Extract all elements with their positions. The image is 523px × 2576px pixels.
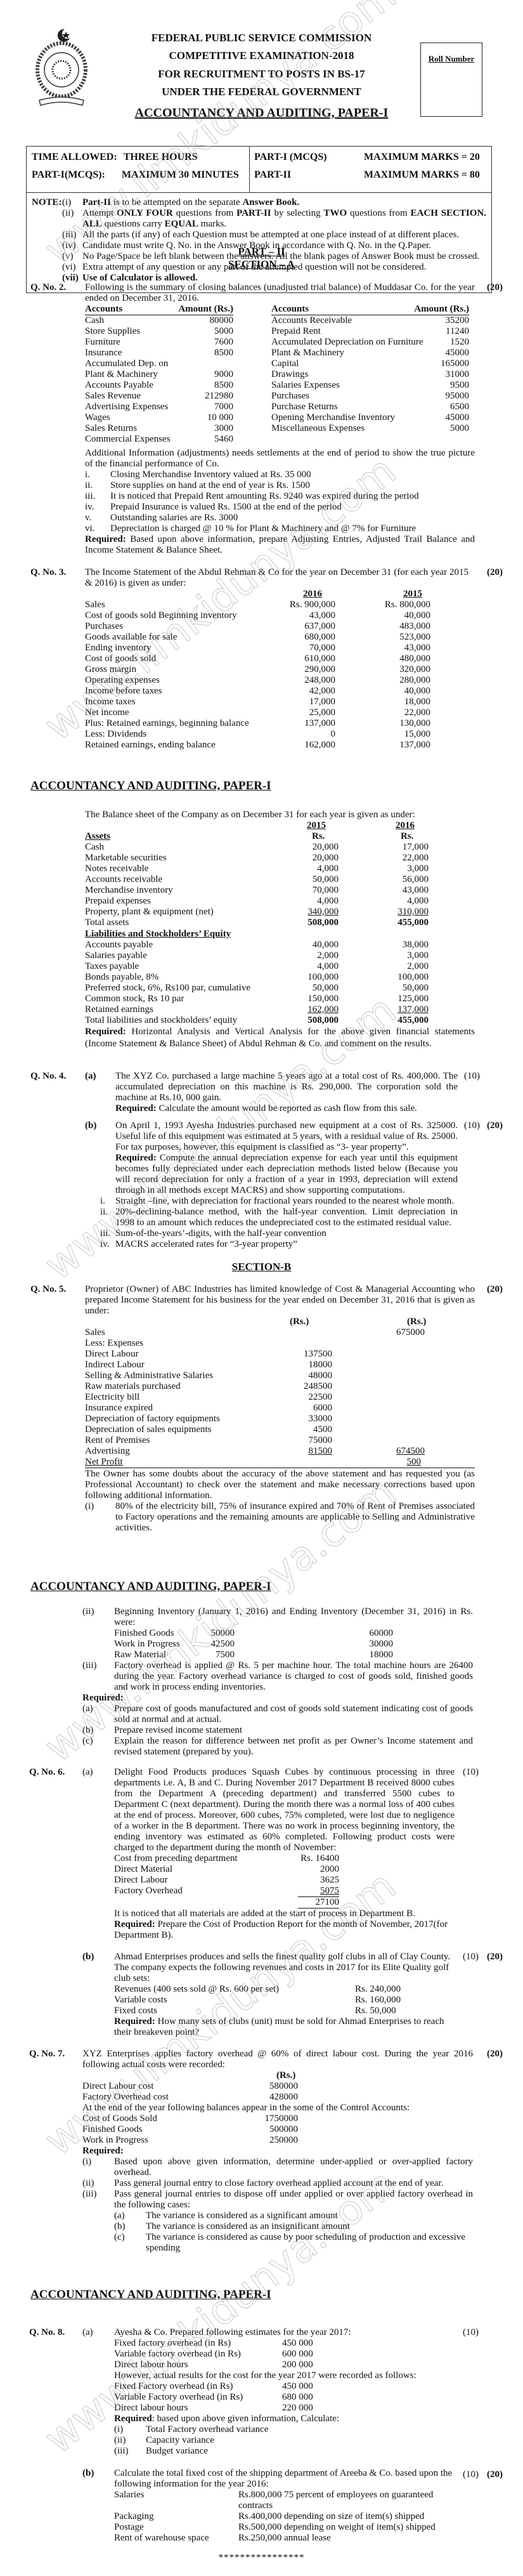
value-2015: 130,000	[335, 718, 430, 729]
table-row: Plus: Retained earnings, beginning balan…	[85, 718, 430, 729]
notes-list: (i)Part-II is to be attempted on the sep…	[62, 197, 486, 284]
col-header: Amount (Rs.)	[178, 304, 233, 315]
q6b-items: Revenues (400 sets sold @ Rs. 600 per se…	[114, 1984, 412, 2016]
required-label: Required	[114, 2414, 152, 2424]
table-row: Retained earnings162,000137,000	[85, 1004, 429, 1015]
balance-value: 500000	[241, 2124, 298, 2135]
required-label: Required:	[85, 534, 126, 544]
account-amount: 6500	[431, 402, 469, 412]
table-row: ii.20%-declining-balance method, with th…	[100, 1207, 458, 1228]
value-2015: 150,000	[275, 994, 339, 1004]
q5-marks: (20)	[487, 1284, 503, 1295]
account-name: Sales Returns	[85, 423, 195, 434]
item-value: 200 000	[282, 2360, 333, 2370]
q8a-items: (i)Total Factory overhead variance(ii)Ca…	[114, 2424, 368, 2457]
q5-required: (a)Prepare cost of goods manufactured an…	[82, 1704, 473, 1758]
col-header: Amount (Rs.)	[414, 304, 469, 315]
value-2015: 523,000	[335, 632, 430, 643]
q8b-marks: (10)	[463, 2469, 479, 2480]
table-row: Work in Progress4250030000	[114, 1639, 393, 1650]
q7-intro: XYZ Enterprises applies factory overhead…	[82, 2049, 473, 2070]
part-title: PART – II	[0, 246, 523, 257]
q8b-items: SalariesRs.800,000 75 percent of employe…	[114, 2490, 444, 2544]
q7-number: Q. No. 7.	[29, 2049, 65, 2060]
value-2016: 4,000	[339, 896, 429, 907]
item-num: iii.	[100, 1228, 115, 1239]
divider	[249, 147, 250, 192]
expense-value: 137500	[288, 1349, 332, 1360]
required-text: Based upon above information, prepare Ad…	[85, 534, 475, 555]
table-row: Fixed costsRs. 50,000	[114, 2006, 412, 2016]
q6a-text: Delight Food Products produces Squash Cu…	[114, 1767, 455, 1853]
row-label: Prepaid expenses	[85, 896, 275, 907]
q2-required: Required: Based upon above information, …	[85, 534, 475, 556]
required-label: Required:	[85, 1027, 126, 1037]
value-2016: 455,000	[339, 917, 429, 928]
item-value: Rs. 240,000	[355, 1984, 412, 1995]
table-row: Furniture7600	[85, 337, 233, 348]
required-label: Required:	[115, 1103, 157, 1114]
value-2016: 455,000	[339, 1015, 429, 1026]
q4b-required: Required: Compute the annual depreciatio…	[115, 1153, 458, 1196]
row-label: Cost of goods sold Beginning inventory	[85, 610, 266, 621]
q4-methods: i.Straight –line, with depreciation for …	[100, 1196, 458, 1250]
table-row: Accumulated Depreciation on Furniture152…	[271, 337, 469, 348]
row-label: Ending inventory	[85, 643, 266, 654]
table-row: Accumulated Dep. on	[85, 358, 233, 369]
page-heading: ACCOUNTANCY AND AUDITING, PAPER-I	[30, 780, 271, 791]
q5-net-profit: 500	[380, 1457, 421, 1468]
item-label: Fixed costs	[114, 2006, 355, 2016]
item-text: The variance is considered as an insigni…	[146, 2221, 473, 2232]
value-2016: 22,000	[339, 853, 429, 864]
value-2016: Rs. 900,000	[266, 600, 335, 610]
q2-right-rows: Accounts Receivable35200Prepaid Rent1124…	[271, 315, 469, 434]
q8a-marks: (10)	[463, 2327, 479, 2338]
row-label: Operating expenses	[85, 675, 266, 686]
value-2016: 70,000	[266, 643, 335, 654]
row-label: Common stock, Rs 10 par	[85, 994, 275, 1004]
item-num: v.	[85, 513, 110, 523]
account-name: Accounts Receivable	[271, 315, 431, 326]
row-label: Salaries payable	[85, 950, 275, 961]
account-amount: 212980	[195, 391, 233, 402]
item-num: (b)	[82, 1725, 114, 1736]
expense-label: Rent of Premises	[85, 1435, 288, 1446]
value-2016: 637,000	[266, 621, 335, 632]
q7-balances: Cost of Goods Sold1750000Finished Goods5…	[82, 2113, 298, 2146]
table-row: Accounts Receivable35200	[271, 315, 469, 326]
q5-info-ii-num: (ii)	[82, 1607, 94, 1617]
table-row: Factory Overhead5075	[114, 1886, 339, 1896]
row-label: Total liabilities and stockholders’ equi…	[85, 1015, 275, 1026]
expense-value: 22500	[288, 1392, 332, 1403]
account-name: Furniture	[85, 337, 195, 348]
value-2016: 680,000	[266, 632, 335, 643]
table-row: Factory Overhead cost428000	[82, 2092, 298, 2103]
row-label: Income before taxes	[85, 686, 266, 697]
balance-label: Finished Goods	[82, 2124, 241, 2135]
item-num: (i)	[82, 2157, 114, 2178]
account-amount: 31000	[431, 369, 469, 380]
row-label: Income taxes	[85, 697, 266, 707]
item-text: Prepaid Insurance is valued Rs. 1500 at …	[110, 502, 475, 513]
value-2016: 310,000	[339, 907, 429, 917]
inventory-begin: 42500	[203, 1639, 235, 1650]
table-row: Miscellaneous Expenses5000	[271, 423, 469, 434]
q7-required: (i)Based upon above given information, d…	[82, 2157, 473, 2211]
row-label: Less: Dividends	[85, 729, 266, 740]
table-row: Notes receivable4,0003,000	[85, 864, 429, 874]
q4a-marks: (10)	[464, 1071, 480, 1082]
q3-liabilities: Accounts payable40,00038,000Salaries pay…	[85, 940, 429, 1026]
table-row: Fixed factory overhead (in Rs)450 000	[114, 2338, 333, 2349]
table-row: Selling & Administrative Salaries48000	[85, 1370, 332, 1381]
table-row: Variable factory overhead (in Rs)600 000	[114, 2349, 333, 2360]
q3-bs-col-2015: 2015	[307, 820, 326, 831]
item-label: Postage	[114, 2522, 238, 2533]
row-label: Goods available for sale	[85, 632, 266, 643]
q4-total-marks: (20)	[487, 1120, 503, 1131]
value-2015: Rs. 800,000	[335, 600, 430, 610]
item-value: Rs. 50,000	[355, 2006, 412, 2016]
value-2015: 137,000	[335, 740, 430, 751]
item-value: 450 000	[282, 2381, 333, 2392]
table-row: (iii)Pass general journal entries to dis…	[82, 2189, 473, 2211]
account-name: Plant & Machinery	[85, 369, 195, 380]
section-b-title: SECTION-B	[0, 1261, 523, 1272]
table-row: Advertising Expenses7000	[85, 402, 233, 412]
table-row: Common stock, Rs 10 par150,000125,000	[85, 994, 429, 1004]
table-row: Opening Merchandise Inventory45000	[271, 412, 469, 423]
value-2015: 40,000	[335, 686, 430, 697]
item-label: Direct labour hours	[114, 2360, 282, 2370]
row-label: Accounts receivable	[85, 874, 275, 885]
end-marker: ****************	[0, 2553, 523, 2563]
q8-actuals: Fixed Factory overhead (in Rs)450 000Var…	[114, 2381, 333, 2414]
item-label: Direct labour hours	[114, 2403, 282, 2414]
table-row: Plant & Machinery45000	[271, 348, 469, 358]
q2-additional: Additional Information (adjustments) nee…	[85, 448, 475, 470]
table-row: Revenues (400 sets sold @ Rs. 600 per se…	[114, 1984, 412, 1995]
item-text: Pass general journal entries to dispose …	[114, 2189, 473, 2211]
q5-inventories: Finished Goods5000060000Work in Progress…	[114, 1628, 393, 1660]
table-row: Variable costsRs. 160,000	[114, 1995, 412, 2006]
cost-value: 5075	[282, 1886, 339, 1896]
table-row: Purchases95000	[271, 391, 469, 402]
q7-cases: (a)The variance is considered as a signi…	[114, 2211, 473, 2254]
table-row: Fixed Factory overhead (in Rs)450 000	[114, 2381, 333, 2392]
q2-right-table: AccountsAmount (Rs.) Accounts Receivable…	[271, 304, 469, 434]
part1-marks: MAXIMUM MARKS = 20	[364, 152, 480, 162]
table-row: Taxes payable4,0002,000	[85, 961, 429, 972]
table-row: Direct Labour3625	[114, 1875, 339, 1886]
required-text: Calculate the amount would be reported a…	[158, 1103, 416, 1114]
q3-intro: The Income Statement of the Abdul Rehman…	[85, 567, 468, 589]
inventory-end: 30000	[235, 1639, 393, 1650]
item-text: Sum-of-the-years’-digits, with the half-…	[115, 1228, 458, 1239]
value-2016: 248,000	[266, 675, 335, 686]
table-row: (iii)Budget variance	[114, 2446, 368, 2457]
value-2015: 4,000	[275, 961, 339, 972]
q5-info-ii: Beginning Inventory (January 1, 2016) an…	[114, 1607, 473, 1628]
account-name: Prepaid Rent	[271, 326, 431, 337]
expense-label: Electricity bill	[85, 1392, 288, 1403]
expense-value: 4500	[288, 1424, 332, 1435]
item-text: It is noticed that Prepaid Rent amountin…	[110, 491, 475, 502]
item-num: (ii)	[114, 2435, 146, 2446]
account-name: Purchases	[271, 391, 431, 402]
table-row: Store Supplies5000	[85, 326, 233, 337]
account-name: Capital	[271, 358, 431, 369]
q5-info-i: 80% of the electricity bill, 75% of insu…	[115, 1501, 475, 1534]
q8-actual-intro: However, actual results for the cost for…	[114, 2370, 469, 2381]
value-2016: 56,000	[339, 874, 429, 885]
balance-label: Work in Progress	[82, 2135, 241, 2146]
q7-required-label: Required:	[82, 2146, 124, 2157]
q6-number: Q. No. 6.	[29, 1767, 65, 1778]
inventory-end: 60000	[235, 1628, 393, 1639]
account-name: Accumulated Depreciation on Furniture	[271, 337, 431, 348]
expense-label: Insurance expired	[85, 1403, 288, 1414]
table-row: Accounts receivable50,00056,000	[85, 874, 429, 885]
value-2015: 40,000	[335, 610, 430, 621]
item-text: Capacity variance	[146, 2435, 368, 2446]
value-2015: 20,000	[275, 853, 339, 864]
item-value: 680 000	[282, 2392, 333, 2403]
item-num: (c)	[82, 1736, 114, 1758]
value-2015: 2,000	[275, 950, 339, 961]
value-2016: 290,000	[266, 664, 335, 675]
table-row: Advertising81500	[85, 1446, 332, 1457]
item-text: Straight –line, with depreciation for fr…	[115, 1196, 458, 1207]
q4b-marks: (10)	[464, 1120, 480, 1131]
table-row: Insurance expired6000	[85, 1403, 332, 1414]
table-row: Gross margin290,000320,000	[85, 664, 430, 675]
value-2015: 70,000	[275, 885, 339, 896]
table-row: (i)Total Factory overhead variance	[114, 2424, 368, 2435]
value-2016: 50,000	[339, 983, 429, 994]
inventory-label: Finished Goods	[114, 1628, 203, 1639]
q6b-required: Required: How many sets of clubs (unit) …	[114, 2016, 455, 2038]
q3-number: Q. No. 3.	[30, 567, 66, 578]
cost-value: 428000	[241, 2092, 298, 2103]
table-row: Direct labour hours200 000	[114, 2360, 333, 2370]
item-text: Depreciation is charged @ 10 % for Plant…	[110, 523, 475, 534]
table-row: Drawings31000	[271, 369, 469, 380]
account-amount: 45000	[431, 348, 469, 358]
table-row: Goods available for sale680,000523,000	[85, 632, 430, 643]
item-num: (a)	[82, 1704, 114, 1725]
item-text: The variance is considered as cause by p…	[146, 2232, 473, 2254]
table-row: (b)The variance is considered as an insi…	[114, 2221, 473, 2232]
q2-left-table: AccountsAmount (Rs.) Cash80000Store Supp…	[85, 304, 233, 445]
mcq-time-value: MAXIMUM 30 MINUTES	[122, 169, 239, 180]
account-amount: 5000	[431, 423, 469, 434]
table-row: (b)Prepare revised income statement	[82, 1725, 473, 1736]
cost-value: 580000	[241, 2081, 298, 2092]
table-row: Net income25,00022,000	[85, 707, 430, 718]
balance-value: 250000	[241, 2135, 298, 2146]
q5-sales-label: Sales	[85, 1327, 105, 1338]
account-name: Commercial Expenses	[85, 434, 195, 445]
col-header: Accounts	[271, 304, 309, 315]
table-row: iii.Sum-of-the-years’-digits, with the h…	[100, 1228, 458, 1239]
q8a-required: Required: based upon above given informa…	[114, 2414, 456, 2424]
table-row: Raw materials purchased248500	[85, 1381, 332, 1392]
table-row: Cost of goods sold Beginning inventory43…	[85, 610, 430, 621]
table-row: Sales Returns3000	[85, 423, 233, 434]
value-2015: 320,000	[335, 664, 430, 675]
item-text: Prepare cost of goods manufactured and c…	[114, 1704, 473, 1725]
table-row: Accounts payable40,00038,000	[85, 940, 429, 950]
q5-total-expenses: 674500	[380, 1446, 425, 1457]
table-row: PackagingRs.400,000 depending on size of…	[114, 2511, 444, 2522]
table-row: Cash80000	[85, 315, 233, 326]
expense-label: Advertising	[85, 1446, 288, 1457]
page-heading: ACCOUNTANCY AND AUDITING, PAPER-I	[30, 1581, 271, 1592]
table-row: (a)The variance is considered as a signi…	[114, 2211, 473, 2221]
row-label: Retained earnings, ending balance	[85, 740, 266, 751]
item-text: Total Factory overhead variance	[146, 2424, 368, 2435]
value-2015: 15,000	[335, 729, 430, 740]
q5-less-label: Less: Expenses	[85, 1338, 143, 1349]
account-amount: 5460	[195, 434, 233, 445]
value-2016: 3,000	[339, 864, 429, 874]
value-2015: 100,000	[275, 972, 339, 983]
row-label: Cash	[85, 842, 275, 853]
item-num: (b)	[114, 2221, 146, 2232]
cost-label: Direct Labour	[114, 1875, 282, 1886]
value-2015: 340,000	[275, 907, 339, 917]
item-label: Fixed Factory overhead (in Rs)	[114, 2381, 282, 2392]
table-row: Indirect Labour18000	[85, 1360, 332, 1370]
page-heading: ACCOUNTANCY AND AUDITING, PAPER-I	[30, 2289, 271, 2300]
value-2015: 4,000	[275, 896, 339, 907]
inventory-begin: 50000	[203, 1628, 235, 1639]
row-label: Retained earnings	[85, 1004, 275, 1015]
table-row: Less: Dividends015,000	[85, 729, 430, 740]
table-row: Direct Labour cost580000	[82, 2081, 298, 2092]
q3-income-statement: SalesRs. 900,000Rs. 800,000Cost of goods…	[85, 600, 430, 751]
account-amount: 45000	[431, 412, 469, 423]
value-2015: 508,000	[275, 1015, 339, 1026]
cost-label: Cost from preceding department	[114, 1853, 282, 1864]
table-row: Bonds payable, 8%100,000100,000	[85, 972, 429, 983]
value-2016: 100,000	[339, 972, 429, 983]
table-row: Direct labour hours220 000	[114, 2403, 333, 2414]
table-row: (c)Explain the reason for difference bet…	[82, 1736, 473, 1758]
roll-number-box[interactable]: Roll Number	[420, 43, 482, 117]
table-row: Salaries payable2,0003,000	[85, 950, 429, 961]
q5-doubt-text: The Owner has some doubts about the accu…	[85, 1469, 475, 1501]
mcq-time-label: PART-I(MCQS):	[32, 169, 105, 180]
account-amount: 8500	[195, 348, 233, 358]
account-amount: 11240	[431, 326, 469, 337]
q7-marks: (20)	[487, 2049, 503, 2060]
item-value: 220 000	[282, 2403, 333, 2414]
expense-label: Direct Labour	[85, 1349, 288, 1360]
table-row: i.Straight –line, with depreciation for …	[100, 1196, 458, 1207]
cost-label: Direct Labour cost	[82, 2081, 241, 2092]
item-text: MACRS accelerated rates for “3-year prop…	[115, 1239, 458, 1250]
note-label: NOTE:	[32, 197, 62, 208]
item-text: Based upon above given information, dete…	[114, 2157, 473, 2178]
q6-total-marks: (20)	[487, 1952, 503, 1962]
item-label: Revenues (400 sets sold @ Rs. 600 per se…	[114, 1984, 355, 1995]
table-row: Finished Goods500000	[82, 2124, 298, 2135]
table-row: (i)Based upon above given information, d…	[82, 2157, 473, 2178]
rs-label: Rs.	[312, 831, 325, 842]
table-row: Income before taxes42,00040,000	[85, 686, 430, 697]
account-name: Salaries Expenses	[271, 380, 431, 391]
value-2016: 0	[266, 729, 335, 740]
value-2016: 610,000	[266, 654, 335, 664]
item-text: Closing Merchandise Inventory valued at …	[110, 470, 475, 480]
q3-col-2015: 2015	[403, 589, 422, 600]
table-row: Retained earnings, ending balance162,000…	[85, 740, 430, 751]
item-label: Packaging	[114, 2511, 238, 2522]
divider	[85, 1468, 475, 1468]
table-row: Total assets508,000455,000	[85, 917, 429, 928]
table-row: Purchases637,000483,000	[85, 621, 430, 632]
account-name: Insurance	[85, 348, 195, 358]
cost-value: 3625	[282, 1875, 339, 1886]
table-row: Income taxes17,00018,000	[85, 697, 430, 707]
table-row: Variable Factory overhead (in Rs)680 000	[114, 2392, 333, 2403]
item-num: iv.	[100, 1239, 115, 1250]
row-label: Net income	[85, 707, 266, 718]
account-name: Drawings	[271, 369, 431, 380]
q2-adjustments: i.Closing Merchandise Inventory valued a…	[85, 470, 475, 534]
expense-label: Depreciation of factory equipments	[85, 1414, 288, 1424]
expense-label: Selling & Administrative Salaries	[85, 1370, 288, 1381]
table-row: Capital165000	[271, 358, 469, 369]
table-row: SalesRs. 900,000Rs. 800,000	[85, 600, 430, 610]
part1-label: PART-I (MCQS)	[254, 152, 327, 162]
item-value: 600 000	[282, 2349, 333, 2360]
account-name: Accumulated Dep. on	[85, 358, 195, 369]
required-label: Required:	[115, 1153, 157, 1163]
q5-col1: (Rs.)	[290, 1317, 309, 1327]
q5-sales-value: 675000	[380, 1327, 425, 1338]
q7-balances-intro: At the end of the year following balance…	[82, 2103, 473, 2113]
item-num: i.	[85, 470, 110, 480]
table-row: Commercial Expenses5460	[85, 434, 233, 445]
table-row: Direct Labour137500	[85, 1349, 332, 1360]
value-2016: 43,000	[266, 610, 335, 621]
account-name: Opening Merchandise Inventory	[271, 412, 431, 423]
q3-liab-label: Liabilities and Stockholders’ Equity	[85, 929, 231, 940]
required-text: How many sets of clubs (unit) must be so…	[114, 2016, 444, 2037]
value-2015: 20,000	[275, 842, 339, 853]
instructions-box: TIME ALLOWED: THREE HOURS PART-I(MCQS): …	[26, 146, 492, 293]
table-row: (ii)Capacity variance	[114, 2435, 368, 2446]
q8a-intro: Ayesha & Co. Prepared following estimate…	[114, 2327, 444, 2338]
table-row: Work in Progress250000	[82, 2135, 298, 2146]
item-num: iii.	[85, 491, 110, 502]
q5-intro: Proprietor (Owner) of ABC Industries has…	[85, 1284, 475, 1317]
q4a-text: The XYZ Co. purchased a large machine 5 …	[115, 1071, 458, 1103]
table-row: Prepaid expenses4,0004,000	[85, 896, 429, 907]
value-2016: 42,000	[266, 686, 335, 697]
value-2016: 2,000	[339, 961, 429, 972]
table-row: Total liabilities and stockholders’ equi…	[85, 1015, 429, 1026]
section-a-title: SECTION – A	[0, 259, 523, 270]
value-2015: 22,000	[335, 707, 430, 718]
q5-number: Q. No. 5.	[30, 1284, 66, 1295]
value-2015: 162,000	[275, 1004, 339, 1015]
